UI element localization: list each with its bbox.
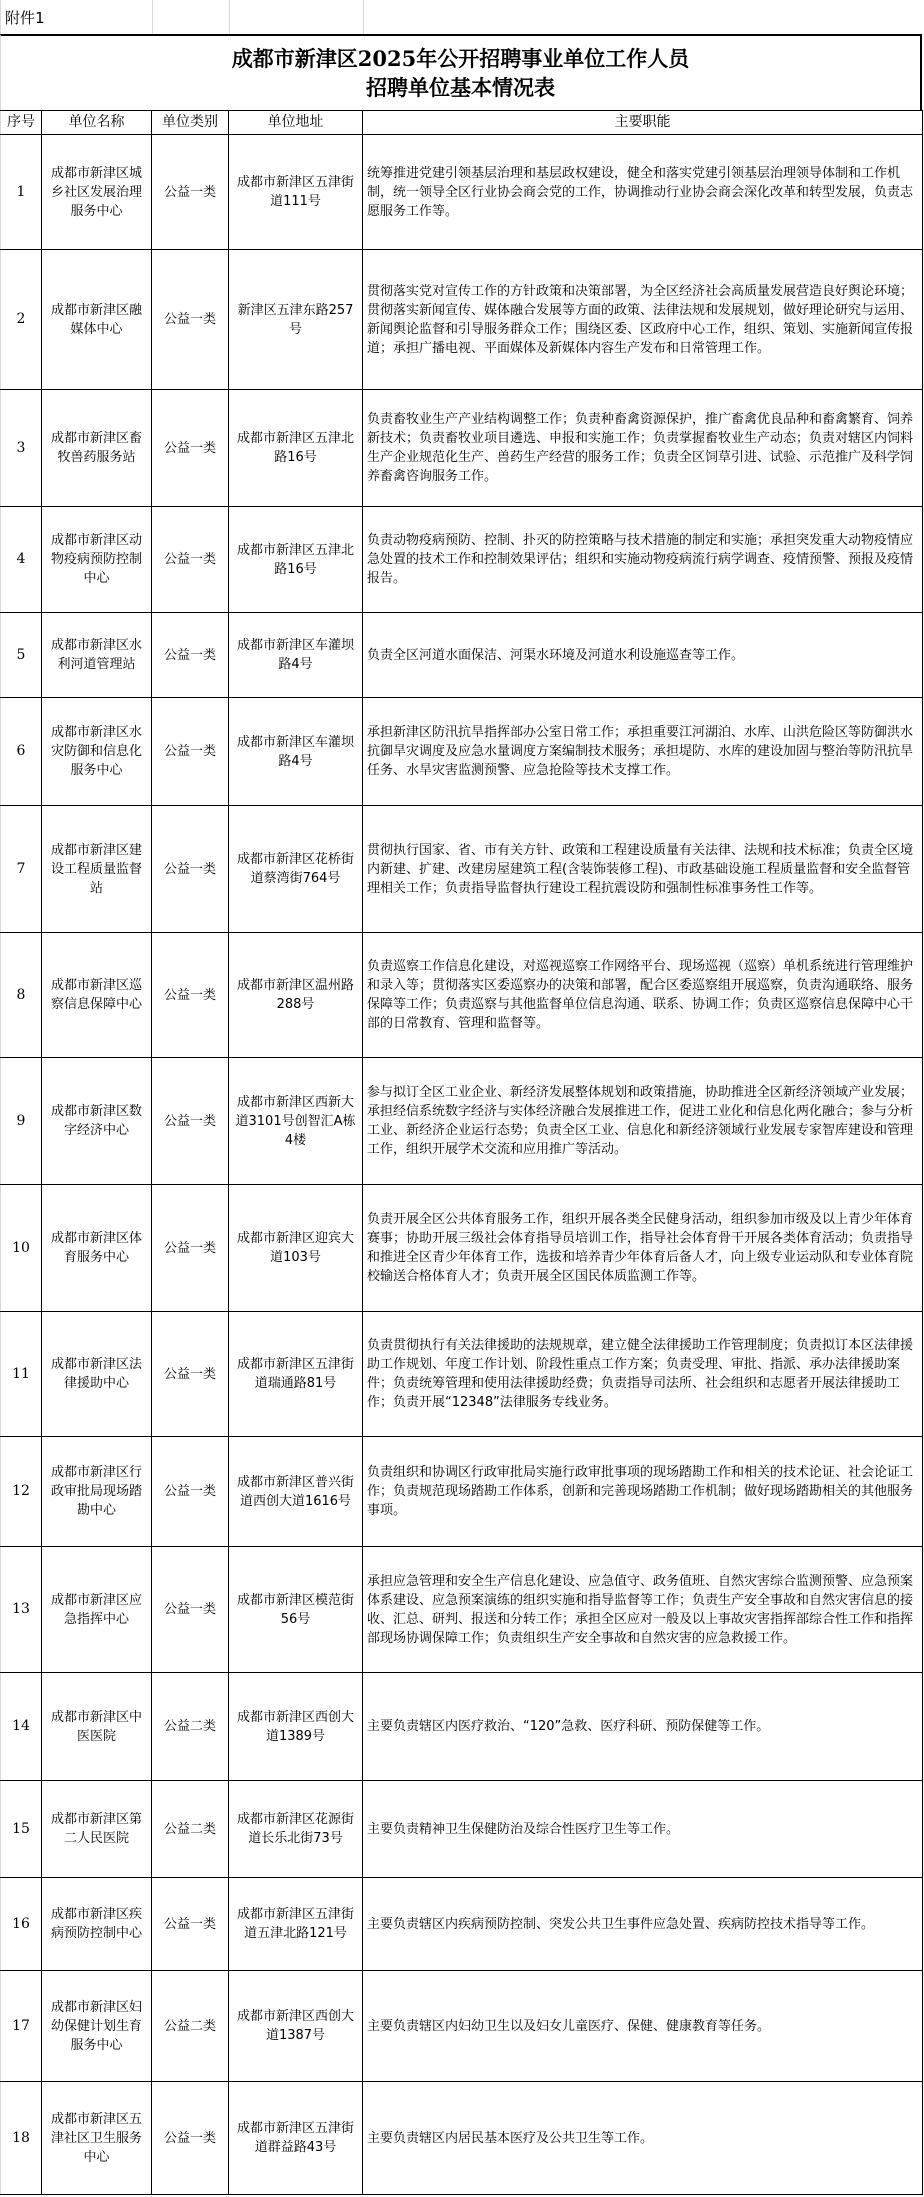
unit-address: 成都市新津区温州路288号: [229, 933, 363, 1058]
unit-address: 成都市新津区迎宾大道103号: [229, 1185, 363, 1312]
attachment-label: 附件1: [5, 7, 45, 28]
unit-address: 成都市新津区花源街道长乐北街73号: [229, 1781, 363, 1878]
table-title: 成都市新津区2025年公开招聘事业单位工作人员 招聘单位基本情况表: [0, 34, 922, 110]
table-row: 17成都市新津区妇幼保健计划生育服务中心公益二类成都市新津区西创大道1387号主…: [1, 1971, 923, 2082]
unit-name: 成都市新津区动物疫病预防控制中心: [42, 507, 152, 613]
unit-name: 成都市新津区疾病预防控制中心: [42, 1878, 152, 1971]
unit-name: 成都市新津区建设工程质量监督站: [42, 806, 152, 933]
unit-duty: 参与拟订全区工业企业、新经济发展整体规划和政策措施，协助推进全区新经济领域产业发…: [363, 1058, 923, 1185]
unit-name: 成都市新津区巡察信息保障中心: [42, 933, 152, 1058]
unit-category: 公益一类: [152, 390, 229, 507]
unit-address: 成都市新津区五津街道五津北路121号: [229, 1878, 363, 1971]
unit-address: 成都市新津区西新大道3101号创智汇A栋4楼: [229, 1058, 363, 1185]
table-row: 8成都市新津区巡察信息保障中心公益一类成都市新津区温州路288号负责巡察工作信息…: [1, 933, 923, 1058]
unit-duty: 负责开展全区公共体育服务工作，组织开展各类全民健身活动，组织参加市级及以上青少年…: [363, 1185, 923, 1312]
table-row: 3成都市新津区畜牧兽药服务站公益一类成都市新津区五津北路16号负责畜牧业生产产业…: [1, 390, 923, 507]
unit-duty: 统筹推进党建引领基层治理和基层政权建设，健全和落实党建引领基层治理领导体制和工作…: [363, 135, 923, 250]
unit-duty: 贯彻落实党对宣传工作的方针政策和决策部署，为全区经济社会高质量发展营造良好舆论环…: [363, 250, 923, 390]
unit-name: 成都市新津区中医医院: [42, 1673, 152, 1781]
row-index: 10: [1, 1185, 42, 1312]
sheet-label-row: 附件1: [0, 0, 924, 34]
unit-name: 成都市新津区妇幼保健计划生育服务中心: [42, 1971, 152, 2082]
unit-name: 成都市新津区应急指挥中心: [42, 1547, 152, 1673]
unit-category: 公益一类: [152, 250, 229, 390]
table-row: 14成都市新津区中医医院公益二类成都市新津区西创大道1389号主要负责辖区内医疗…: [1, 1673, 923, 1781]
table-row: 6成都市新津区水灾防御和信息化服务中心公益一类成都市新津区车灌坝路4号承担新津区…: [1, 698, 923, 806]
unit-address: 成都市新津区模范街56号: [229, 1547, 363, 1673]
col-header-category: 单位类别: [152, 111, 229, 135]
unit-duty: 负责动物疫病预防、控制、扑灭的防控策略与技术措施的制定和实施；承担突发重大动物疫…: [363, 507, 923, 613]
row-index: 14: [1, 1673, 42, 1781]
unit-name: 成都市新津区融媒体中心: [42, 250, 152, 390]
table-row: 2成都市新津区融媒体中心公益一类新津区五津东路257号贯彻落实党对宣传工作的方针…: [1, 250, 923, 390]
unit-duty: 主要负责辖区内医疗救治、“120”急救、医疗科研、预防保健等工作。: [363, 1673, 923, 1781]
col-header-index: 序号: [1, 111, 42, 135]
table-row: 10成都市新津区体育服务中心公益一类成都市新津区迎宾大道103号负责开展全区公共…: [1, 1185, 923, 1312]
unit-duty: 主要负责辖区内妇幼卫生以及妇女儿童医疗、保健、健康教育等任务。: [363, 1971, 923, 2082]
gridline: [363, 0, 364, 34]
unit-address: 成都市新津区花桥街道蔡湾街764号: [229, 806, 363, 933]
unit-category: 公益二类: [152, 1673, 229, 1781]
table-row: 11成都市新津区法律援助中心公益一类成都市新津区五津街道瑞通路81号负责贯彻执行…: [1, 1312, 923, 1437]
table-row: 9成都市新津区数字经济中心公益一类成都市新津区西新大道3101号创智汇A栋4楼参…: [1, 1058, 923, 1185]
table-row: 12成都市新津区行政审批局现场踏勘中心公益一类成都市新津区普兴街道西创大道161…: [1, 1437, 923, 1547]
unit-duty: 负责巡察工作信息化建设，对巡视巡察工作网络平台、现场巡视（巡察）单机系统进行管理…: [363, 933, 923, 1058]
row-index: 8: [1, 933, 42, 1058]
unit-name: 成都市新津区城乡社区发展治理服务中心: [42, 135, 152, 250]
unit-name: 成都市新津区行政审批局现场踏勘中心: [42, 1437, 152, 1547]
unit-category: 公益一类: [152, 1547, 229, 1673]
unit-duty: 贯彻执行国家、省、市有关方针、政策和工程建设质量有关法律、法规和技术标准；负责全…: [363, 806, 923, 933]
unit-duty: 承担新津区防汛抗旱指挥部办公室日常工作；承担重要江河湖泊、水库、山洪危险区等防御…: [363, 698, 923, 806]
unit-address: 成都市新津区五津北路16号: [229, 390, 363, 507]
table-row: 13成都市新津区应急指挥中心公益一类成都市新津区模范街56号承担应急管理和安全生…: [1, 1547, 923, 1673]
title-line-2: 招聘单位基本情况表: [1, 73, 920, 102]
unit-duty: 主要负责辖区内疾病预防控制、突发公共卫生事件应急处置、疾病防控技术指导等工作。: [363, 1878, 923, 1971]
col-header-duty: 主要职能: [363, 111, 923, 135]
row-index: 11: [1, 1312, 42, 1437]
table-row: 18成都市新津区五津社区卫生服务中心公益一类成都市新津区五津街道群益路43号主要…: [1, 2082, 923, 2195]
unit-category: 公益二类: [152, 1971, 229, 2082]
unit-category: 公益二类: [152, 1781, 229, 1878]
unit-address: 新津区五津东路257号: [229, 250, 363, 390]
unit-address: 成都市新津区五津街道群益路43号: [229, 2082, 363, 2195]
row-index: 13: [1, 1547, 42, 1673]
unit-category: 公益一类: [152, 698, 229, 806]
unit-category: 公益一类: [152, 1312, 229, 1437]
unit-duty: 负责组织和协调区行政审批局实施行政审批事项的现场踏勘工作和相关的技术论证、社会论…: [363, 1437, 923, 1547]
unit-address: 成都市新津区五津北路16号: [229, 507, 363, 613]
unit-duty: 主要负责精神卫生保健防治及综合性医疗卫生等工作。: [363, 1781, 923, 1878]
gridline: [229, 0, 230, 34]
unit-category: 公益一类: [152, 507, 229, 613]
unit-name: 成都市新津区法律援助中心: [42, 1312, 152, 1437]
unit-name: 成都市新津区畜牧兽药服务站: [42, 390, 152, 507]
unit-address: 成都市新津区车灌坝路4号: [229, 698, 363, 806]
row-index: 4: [1, 507, 42, 613]
row-index: 15: [1, 1781, 42, 1878]
unit-category: 公益一类: [152, 806, 229, 933]
gridline: [152, 0, 153, 34]
row-index: 3: [1, 390, 42, 507]
unit-address: 成都市新津区五津街道瑞通路81号: [229, 1312, 363, 1437]
unit-name: 成都市新津区水灾防御和信息化服务中心: [42, 698, 152, 806]
unit-category: 公益一类: [152, 135, 229, 250]
unit-address: 成都市新津区车灌坝路4号: [229, 613, 363, 698]
unit-category: 公益一类: [152, 1185, 229, 1312]
unit-category: 公益一类: [152, 1878, 229, 1971]
unit-duty: 负责畜牧业生产产业结构调整工作；负责种畜禽资源保护，推广畜禽优良品种和畜禽繁育、…: [363, 390, 923, 507]
unit-duty: 负责贯彻执行有关法律援助的法规规章，建立健全法律援助工作管理制度；负责拟订本区法…: [363, 1312, 923, 1437]
unit-category: 公益一类: [152, 613, 229, 698]
row-index: 12: [1, 1437, 42, 1547]
row-index: 2: [1, 250, 42, 390]
unit-address: 成都市新津区普兴街道西创大道1616号: [229, 1437, 363, 1547]
unit-name: 成都市新津区第二人民医院: [42, 1781, 152, 1878]
title-line-1: 成都市新津区2025年公开招聘事业单位工作人员: [1, 44, 920, 73]
unit-category: 公益一类: [152, 933, 229, 1058]
col-header-name: 单位名称: [42, 111, 152, 135]
unit-category: 公益一类: [152, 1437, 229, 1547]
row-index: 1: [1, 135, 42, 250]
table-row: 4成都市新津区动物疫病预防控制中心公益一类成都市新津区五津北路16号负责动物疫病…: [1, 507, 923, 613]
col-header-address: 单位地址: [229, 111, 363, 135]
table-row: 5成都市新津区水利河道管理站公益一类成都市新津区车灌坝路4号负责全区河道水面保洁…: [1, 613, 923, 698]
unit-name: 成都市新津区水利河道管理站: [42, 613, 152, 698]
unit-category: 公益一类: [152, 2082, 229, 2195]
table-header-row: 序号 单位名称 单位类别 单位地址 主要职能: [1, 111, 923, 135]
unit-name: 成都市新津区体育服务中心: [42, 1185, 152, 1312]
table-row: 1成都市新津区城乡社区发展治理服务中心公益一类成都市新津区五津街道111号统筹推…: [1, 135, 923, 250]
row-index: 18: [1, 2082, 42, 2195]
unit-category: 公益一类: [152, 1058, 229, 1185]
table-row: 7成都市新津区建设工程质量监督站公益一类成都市新津区花桥街道蔡湾街764号贯彻执…: [1, 806, 923, 933]
unit-duty: 主要负责辖区内居民基本医疗及公共卫生等工作。: [363, 2082, 923, 2195]
table-body: 1成都市新津区城乡社区发展治理服务中心公益一类成都市新津区五津街道111号统筹推…: [1, 135, 923, 2195]
unit-duty: 承担应急管理和安全生产信息化建设、应急值守、政务值班、自然灾害综合监测预警、应急…: [363, 1547, 923, 1673]
row-index: 7: [1, 806, 42, 933]
unit-address: 成都市新津区五津街道111号: [229, 135, 363, 250]
unit-name: 成都市新津区数字经济中心: [42, 1058, 152, 1185]
row-index: 5: [1, 613, 42, 698]
table-row: 15成都市新津区第二人民医院公益二类成都市新津区花源街道长乐北街73号主要负责精…: [1, 1781, 923, 1878]
row-index: 17: [1, 1971, 42, 2082]
unit-address: 成都市新津区西创大道1387号: [229, 1971, 363, 2082]
unit-name: 成都市新津区五津社区卫生服务中心: [42, 2082, 152, 2195]
row-index: 9: [1, 1058, 42, 1185]
unit-address: 成都市新津区西创大道1389号: [229, 1673, 363, 1781]
table-row: 16成都市新津区疾病预防控制中心公益一类成都市新津区五津街道五津北路121号主要…: [1, 1878, 923, 1971]
units-table: 序号 单位名称 单位类别 单位地址 主要职能 1成都市新津区城乡社区发展治理服务…: [0, 110, 923, 2195]
unit-duty: 负责全区河道水面保洁、河渠水环境及河道水利设施巡查等工作。: [363, 613, 923, 698]
row-index: 16: [1, 1878, 42, 1971]
row-index: 6: [1, 698, 42, 806]
